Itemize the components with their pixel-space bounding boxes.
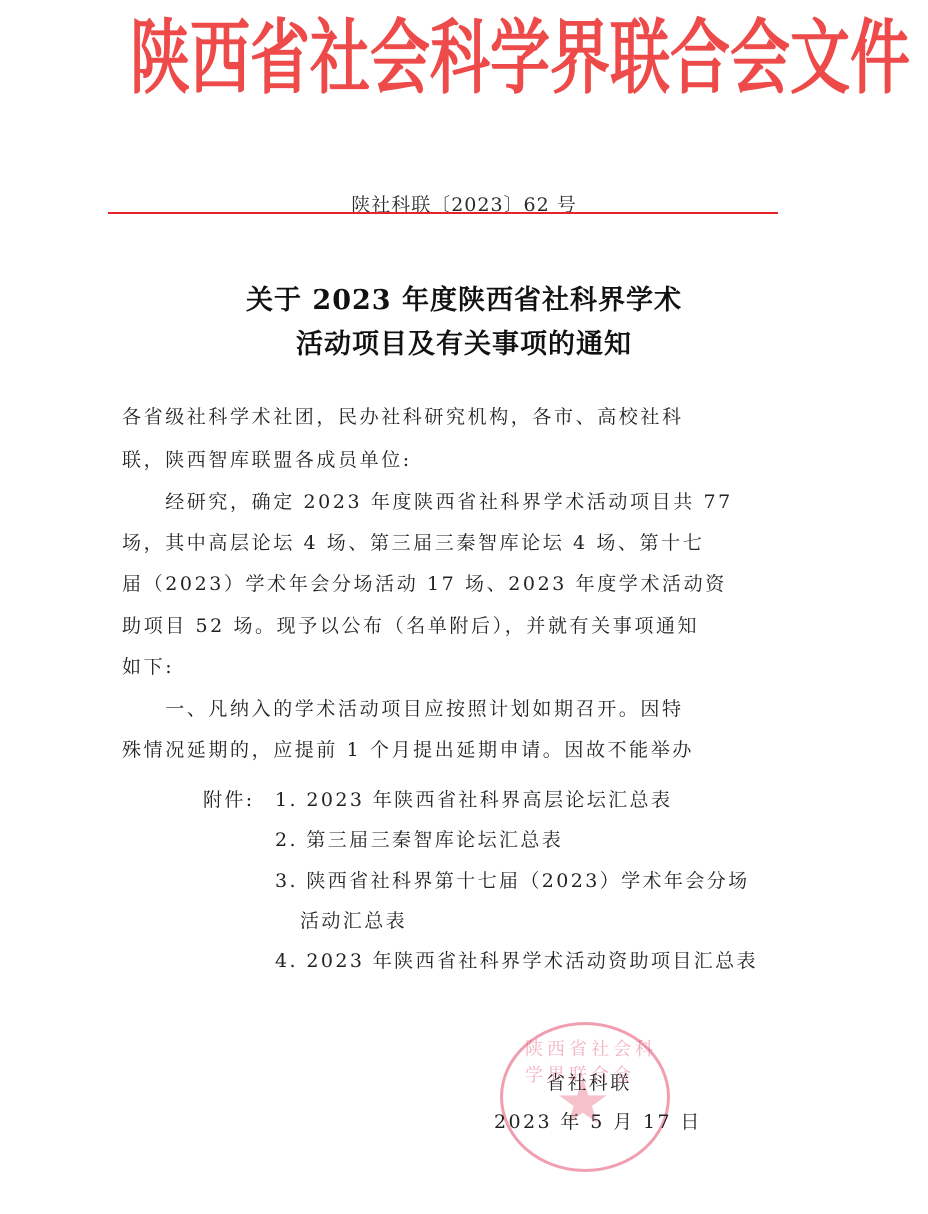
masthead-char: 界 — [550, 0, 610, 120]
notice-title-line-1: 关于 2023 年度陕西省社科界学术 — [0, 278, 928, 317]
masthead-char: 科 — [430, 0, 490, 120]
attachment-item: 3. 陕西省社科界第十七届（2023）学术年会分场 — [275, 866, 750, 893]
body-line: 联，陕西智库联盟各成员单位: — [122, 445, 762, 472]
body-line: 各省级社科学术社团，民办社科研究机构，各市、高校社科 — [122, 402, 762, 429]
masthead-char: 文 — [790, 0, 850, 120]
body-line: 经研究，确定 2023 年度陕西省社科界学术活动项目共 77 — [122, 487, 762, 514]
signature-date: 2023 年 5 月 17 日 — [494, 1107, 702, 1134]
masthead-char: 西 — [190, 0, 250, 120]
red-divider — [108, 212, 778, 214]
masthead-title: 陕 西 省 社 会 科 学 界 联 合 会 文 件 — [130, 14, 794, 104]
masthead-char: 学 — [490, 0, 550, 120]
masthead-char: 陕 — [130, 0, 190, 120]
body-line: 届（2023）学术年会分场活动 17 场、2023 年度学术活动资 — [122, 569, 762, 596]
attachment-item-continued: 活动汇总表 — [300, 906, 407, 933]
body-line: 如下: — [122, 652, 762, 679]
attachments-label: 附件: — [203, 785, 255, 812]
attachment-item: 4. 2023 年陕西省社科界学术活动资助项目汇总表 — [275, 946, 758, 973]
body-line: 场，其中高层论坛 4 场、第三届三秦智库论坛 4 场、第十七 — [122, 528, 762, 555]
masthead-char: 省 — [250, 0, 310, 120]
masthead-char: 联 — [610, 0, 670, 120]
signature-org: 省社科联 — [546, 1068, 632, 1095]
masthead-char: 合 — [670, 0, 730, 120]
masthead-char: 社 — [310, 0, 370, 120]
body-line: 殊情况延期的，应提前 1 个月提出延期申请。因故不能举办 — [122, 735, 762, 762]
masthead-char: 件 — [850, 0, 910, 120]
attachment-item: 2. 第三届三秦智库论坛汇总表 — [275, 825, 563, 852]
masthead-char: 会 — [730, 0, 790, 120]
body-line: 助项目 52 场。现予以公布（名单附后），并就有关事项通知 — [122, 611, 762, 638]
attachment-item: 1. 2023 年陕西省社科界高层论坛汇总表 — [275, 785, 672, 812]
official-seal: 陕西省社会科学界联合会 ★ — [500, 1022, 670, 1172]
notice-title-line-2: 活动项目及有关事项的通知 — [0, 322, 928, 361]
body-line: 一、凡纳入的学术活动项目应按照计划如期召开。因特 — [122, 694, 762, 721]
masthead-char: 会 — [370, 0, 430, 120]
